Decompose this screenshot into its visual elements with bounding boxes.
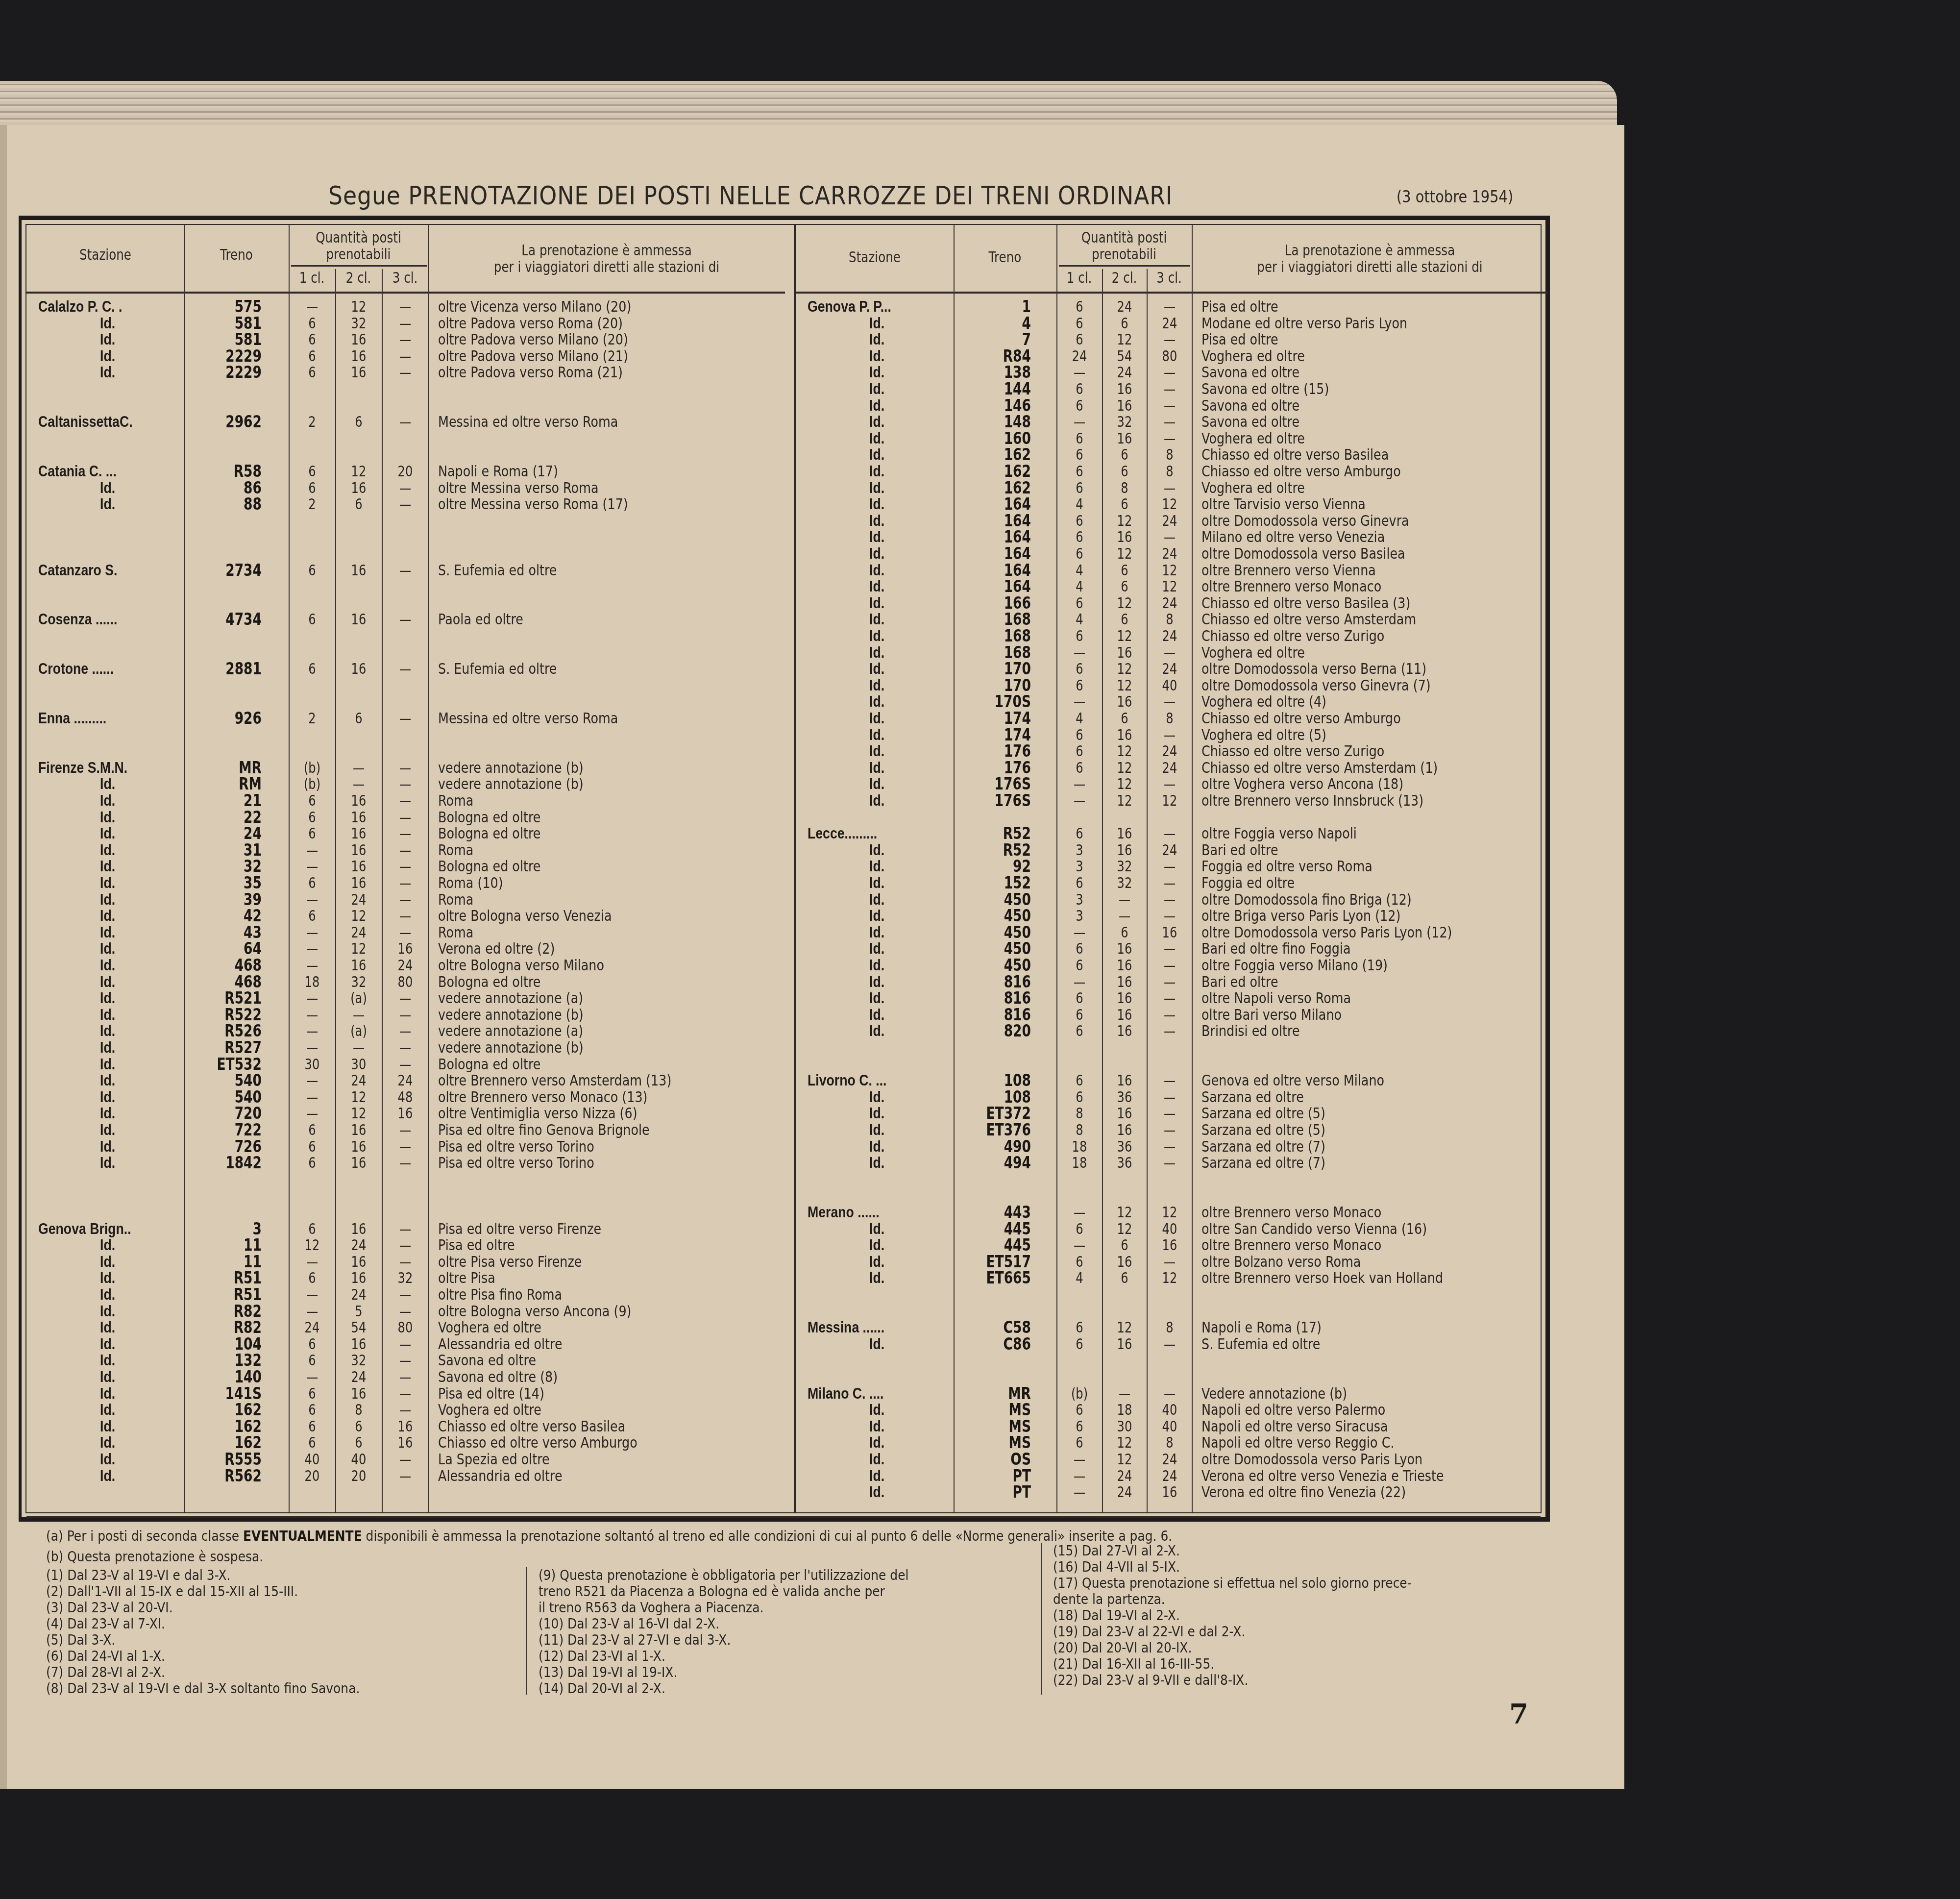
seats-third-class: — bbox=[388, 480, 422, 496]
destination: Voghera ed oltre bbox=[1201, 480, 1305, 496]
seats-second-class: 16 bbox=[1107, 529, 1142, 545]
train-number: 164 bbox=[962, 496, 1031, 513]
header-destinazione: La prenotazione è ammessa bbox=[461, 243, 753, 259]
destination: vedere annotazione (a) bbox=[438, 1023, 583, 1039]
table-row: Id.174468Chiasso ed oltre verso Amburgo bbox=[796, 710, 1548, 727]
table-row: Id.581616—oltre Padova verso Milano (20) bbox=[26, 331, 785, 348]
seats-third-class: — bbox=[388, 364, 422, 381]
destination: oltre Ventimiglia verso Nizza (6) bbox=[438, 1105, 637, 1122]
table-row: Milano C. ....MR(b)——Vedere annotazione … bbox=[796, 1385, 1548, 1402]
train-number: R555 bbox=[193, 1451, 262, 1468]
seats-first-class: 6 bbox=[295, 331, 329, 348]
table-row: Id.16461224oltre Domodossola verso Ginev… bbox=[796, 513, 1548, 529]
train-number: MS bbox=[962, 1434, 1031, 1451]
seats-first-class: — bbox=[295, 940, 329, 957]
seats-second-class: 16 bbox=[1107, 1023, 1142, 1039]
header-destinazione-sub: per i viaggiatori diretti alle stazioni … bbox=[461, 259, 753, 276]
seats-second-class: 6 bbox=[1107, 562, 1142, 579]
table-row: Id.140—24—Savona ed oltre (8) bbox=[26, 1369, 785, 1385]
seats-first-class: 3 bbox=[1062, 908, 1097, 924]
destination: Foggia ed oltre bbox=[1201, 875, 1295, 891]
destination: Bari ed oltre bbox=[1201, 974, 1278, 990]
seats-second-class: 16 bbox=[342, 480, 376, 496]
train-number: 581 bbox=[193, 315, 262, 332]
train-number: 2229 bbox=[193, 364, 262, 381]
destination: oltre Domodossola verso Ginevra bbox=[1201, 513, 1409, 529]
seats-first-class: 6 bbox=[295, 1270, 329, 1286]
seats-third-class: 32 bbox=[388, 1270, 422, 1286]
seats-third-class: — bbox=[1152, 298, 1187, 315]
destination: oltre Brennero verso Innsbruck (13) bbox=[1201, 792, 1423, 809]
edition-date: (3 ottobre 1954) bbox=[1396, 187, 1513, 207]
seats-third-class: — bbox=[388, 315, 422, 332]
train-number: 164 bbox=[962, 513, 1031, 529]
destination: oltre Pisa bbox=[438, 1270, 495, 1286]
station-name: Catania C. ... bbox=[38, 463, 165, 480]
table-row: Id.ET376816—Sarzana ed oltre (5) bbox=[796, 1122, 1548, 1138]
seats-first-class: 4 bbox=[1062, 710, 1097, 727]
header-destinazione-sub: per i viaggiatori diretti alle stazioni … bbox=[1224, 259, 1516, 276]
table-row: CaltanissettaC.296226—Messina ed oltre v… bbox=[26, 414, 785, 430]
train-number: 43 bbox=[193, 924, 262, 941]
destination: oltre Bologna verso Ancona (9) bbox=[438, 1303, 632, 1320]
seats-third-class: 80 bbox=[388, 1319, 422, 1336]
table-row: Id.31—16—Roma bbox=[26, 842, 785, 859]
seats-first-class: 6 bbox=[295, 463, 329, 480]
train-number: 170 bbox=[962, 677, 1031, 694]
train-number: 450 bbox=[962, 924, 1031, 941]
train-number: 164 bbox=[962, 545, 1031, 562]
seats-second-class: 32 bbox=[1107, 875, 1142, 891]
seats-third-class: 40 bbox=[1152, 677, 1187, 694]
seats-second-class: 12 bbox=[1107, 792, 1142, 809]
destination: Bologna ed oltre bbox=[438, 809, 540, 826]
destination: oltre Domodossola fino Briga (12) bbox=[1201, 891, 1412, 908]
table-row: Id.144616—Savona ed oltre (15) bbox=[796, 381, 1548, 397]
seats-second-class: 16 bbox=[1107, 940, 1142, 957]
seats-second-class: 16 bbox=[1107, 644, 1142, 661]
train-number: 2881 bbox=[193, 661, 262, 677]
seats-first-class: 6 bbox=[1062, 595, 1097, 612]
seats-first-class: 6 bbox=[295, 792, 329, 809]
seats-first-class: 6 bbox=[295, 611, 329, 628]
destination: oltre Domodossola verso Basilea bbox=[1201, 545, 1405, 562]
table-row: Id.722616—Pisa ed oltre fino Genova Brig… bbox=[26, 1122, 785, 1138]
destination: Chiasso ed oltre verso Basilea (3) bbox=[1201, 595, 1410, 612]
table-row: Id.168—16—Voghera ed oltre bbox=[796, 644, 1548, 661]
train-number: 88 bbox=[193, 496, 262, 513]
seats-third-class: 40 bbox=[1152, 1418, 1187, 1435]
table-row: Id.R526—(a)—vedere annotazione (a) bbox=[26, 1023, 785, 1039]
train-number: 32 bbox=[193, 858, 262, 875]
seats-first-class: — bbox=[295, 1007, 329, 1023]
table-row: Id.R84245480Voghera ed oltre bbox=[796, 348, 1548, 365]
footnote-b: (b) Questa prenotazione è sospesa. bbox=[46, 1549, 263, 1564]
table-row: Id.PT—2424Verona ed oltre verso Venezia … bbox=[796, 1468, 1548, 1484]
footnote: (11) Dal 23-V al 27-VI e dal 3-X. bbox=[539, 1632, 731, 1648]
destination: Sarzana ed oltre (7) bbox=[1201, 1155, 1325, 1171]
header-treno: Treno bbox=[194, 247, 279, 264]
destination: Pisa ed oltre bbox=[1201, 298, 1278, 315]
train-number: MS bbox=[962, 1418, 1031, 1435]
train-number: 35 bbox=[193, 875, 262, 891]
footnote: (14) Dal 20-VI al 2-X. bbox=[539, 1680, 665, 1696]
table-row: Id.ET5323030—Bologna ed oltre bbox=[26, 1056, 785, 1073]
seats-second-class: 16 bbox=[342, 957, 376, 974]
seats-third-class: — bbox=[1152, 414, 1187, 430]
seats-third-class: — bbox=[1152, 940, 1187, 957]
train-number: 21 bbox=[193, 792, 262, 809]
destination: oltre Bari verso Milano bbox=[1201, 1007, 1342, 1023]
destination: oltre Padova verso Milano (20) bbox=[438, 331, 628, 348]
destination: Verona ed oltre (2) bbox=[438, 940, 555, 957]
seats-second-class: 16 bbox=[342, 611, 376, 628]
train-number: 168 bbox=[962, 611, 1031, 628]
footnote-a: (a) Per i posti di seconda classe EVENTU… bbox=[46, 1528, 1172, 1544]
seats-first-class: 6 bbox=[295, 661, 329, 677]
destination: oltre Pisa fino Roma bbox=[438, 1286, 562, 1303]
footnote: (9) Questa prenotazione è obbligatoria p… bbox=[539, 1567, 908, 1583]
train-number: 494 bbox=[962, 1155, 1031, 1171]
seats-first-class: 4 bbox=[1062, 578, 1097, 595]
table-row: Id.4941836—Sarzana ed oltre (7) bbox=[796, 1155, 1548, 1171]
seats-third-class: — bbox=[1152, 1089, 1187, 1106]
destination: oltre Padova verso Roma (21) bbox=[438, 364, 623, 381]
seats-third-class: — bbox=[388, 858, 422, 875]
seats-second-class: 24 bbox=[342, 1237, 376, 1254]
table-row: Lecce.........R52616—oltre Foggia verso … bbox=[796, 825, 1548, 842]
seats-second-class: 24 bbox=[342, 1072, 376, 1089]
destination: Roma bbox=[438, 842, 473, 859]
seats-third-class: — bbox=[388, 1122, 422, 1138]
train-number: 148 bbox=[962, 414, 1031, 430]
seats-first-class: 6 bbox=[1062, 381, 1097, 397]
train-number: 166 bbox=[962, 595, 1031, 612]
table-row: Id.MS63040Napoli ed oltre verso Siracusa bbox=[796, 1418, 1548, 1435]
table-row: Id.164616—Milano ed oltre verso Venezia bbox=[796, 529, 1548, 545]
destination: oltre Vicenza verso Milano (20) bbox=[438, 298, 631, 315]
seats-first-class: 6 bbox=[1062, 760, 1097, 776]
seats-third-class: — bbox=[388, 1303, 422, 1320]
seats-first-class: 6 bbox=[1062, 446, 1097, 463]
seats-third-class: — bbox=[1152, 825, 1187, 842]
table-row: Id.176S—1212oltre Brennero verso Innsbru… bbox=[796, 792, 1548, 809]
seats-first-class: 6 bbox=[1062, 990, 1097, 1007]
seats-second-class: 36 bbox=[1107, 1089, 1142, 1106]
table-row: Id.92332—Foggia ed oltre verso Roma bbox=[796, 858, 1548, 875]
seats-third-class: — bbox=[388, 414, 422, 430]
seats-first-class: 8 bbox=[1062, 1122, 1097, 1138]
destination: Pisa ed oltre bbox=[1201, 331, 1278, 348]
class-subheader-rule bbox=[1059, 265, 1190, 267]
train-number: 31 bbox=[193, 842, 262, 859]
destination: Messina ed oltre verso Roma bbox=[438, 414, 618, 430]
seats-second-class: 12 bbox=[1107, 331, 1142, 348]
table-row: Id.ET517616—oltre Bolzano verso Roma bbox=[796, 1254, 1548, 1270]
train-number: 726 bbox=[193, 1138, 262, 1155]
seats-third-class: 8 bbox=[1152, 463, 1187, 480]
header-quantita: Quantità posti bbox=[301, 230, 416, 247]
table-row: Id.16861224Chiasso ed oltre verso Zurigo bbox=[796, 628, 1548, 644]
seats-first-class: 6 bbox=[295, 809, 329, 826]
table-row: Livorno C. ...108616—Genova ed oltre ver… bbox=[796, 1072, 1548, 1089]
table-row: Id.C86616—S. Eufemia ed oltre bbox=[796, 1336, 1548, 1353]
seats-second-class: 24 bbox=[342, 1286, 376, 1303]
seats-first-class: (b) bbox=[295, 776, 329, 792]
train-number: RM bbox=[193, 776, 262, 792]
table-row: Id.MS6128Napoli ed oltre verso Reggio C. bbox=[796, 1434, 1548, 1451]
destination: Milano ed oltre verso Venezia bbox=[1201, 529, 1385, 545]
train-number: C58 bbox=[962, 1319, 1031, 1336]
train-number: 146 bbox=[962, 397, 1031, 414]
train-number: 450 bbox=[962, 908, 1031, 924]
seats-first-class: 4 bbox=[1062, 1270, 1097, 1286]
seats-third-class: — bbox=[1152, 1254, 1187, 1270]
seats-third-class: 16 bbox=[388, 940, 422, 957]
seats-first-class: — bbox=[295, 924, 329, 941]
seats-third-class: 24 bbox=[388, 1072, 422, 1089]
train-number: 816 bbox=[962, 990, 1031, 1007]
train-number: R82 bbox=[193, 1303, 262, 1320]
seats-second-class: 12 bbox=[1107, 1319, 1142, 1336]
seats-first-class: — bbox=[295, 1105, 329, 1122]
destination: Napoli ed oltre verso Palermo bbox=[1201, 1402, 1385, 1418]
table-row: Id.R5231624Bari ed oltre bbox=[796, 842, 1548, 859]
seats-second-class: 16 bbox=[342, 1138, 376, 1155]
seats-second-class: 16 bbox=[342, 661, 376, 677]
footnotes: (a) Per i posti di seconda classe EVENTU… bbox=[26, 1516, 1541, 1776]
destination: Chiasso ed oltre verso Basilea bbox=[438, 1418, 625, 1435]
destination: Bologna ed oltre bbox=[438, 974, 540, 990]
station-name: Genova P. P... bbox=[808, 298, 934, 315]
seats-first-class: — bbox=[295, 1039, 329, 1056]
seats-first-class: 6 bbox=[295, 562, 329, 579]
seats-third-class: — bbox=[388, 760, 422, 776]
table-row: Id.17661224Chiasso ed oltre verso Zurigo bbox=[796, 743, 1548, 760]
table-row: Cosenza ......4734616—Paola ed oltre bbox=[26, 611, 785, 628]
seats-first-class: 6 bbox=[1062, 1402, 1097, 1418]
header-cl1: 1 cl. bbox=[1060, 270, 1098, 287]
table-row: Id.17661224Chiasso ed oltre verso Amster… bbox=[796, 760, 1548, 776]
destination: Vedere annotazione (b) bbox=[1201, 1385, 1347, 1402]
seats-third-class: — bbox=[388, 348, 422, 365]
seats-third-class: — bbox=[388, 1352, 422, 1369]
table-row: Id.R521—(a)—vedere annotazione (a) bbox=[26, 990, 785, 1007]
seats-first-class: 6 bbox=[1062, 315, 1097, 332]
destination: Napoli e Roma (17) bbox=[438, 463, 558, 480]
train-number: 816 bbox=[962, 974, 1031, 990]
seats-second-class: 54 bbox=[342, 1319, 376, 1336]
train-number: 1842 bbox=[193, 1155, 262, 1171]
seats-first-class: (b) bbox=[1062, 1385, 1097, 1402]
seats-third-class: 24 bbox=[1152, 628, 1187, 644]
seats-first-class: 2 bbox=[295, 414, 329, 430]
seats-second-class: 16 bbox=[342, 1254, 376, 1270]
destination: Pisa ed oltre fino Genova Brignole bbox=[438, 1122, 650, 1138]
table-row: Id.1644612oltre Brennero verso Monaco bbox=[796, 578, 1548, 595]
seats-third-class: — bbox=[388, 661, 422, 677]
table-row: Merano ......443—1212oltre Brennero vers… bbox=[796, 1204, 1548, 1221]
destination: Roma bbox=[438, 792, 473, 809]
seats-second-class: 6 bbox=[1107, 1270, 1142, 1286]
seats-third-class: 16 bbox=[1152, 1237, 1187, 1254]
seats-first-class: 6 bbox=[1062, 463, 1097, 480]
seats-first-class: 6 bbox=[1062, 1007, 1097, 1023]
seats-second-class: 16 bbox=[1107, 693, 1142, 710]
seats-second-class: 32 bbox=[342, 315, 376, 332]
train-number: 4734 bbox=[193, 611, 262, 628]
seats-second-class: 12 bbox=[342, 908, 376, 924]
seats-first-class: 6 bbox=[1062, 1319, 1097, 1336]
destination: Alessandria ed oltre bbox=[438, 1468, 563, 1484]
seats-second-class: 6 bbox=[1107, 496, 1142, 513]
train-number: 138 bbox=[962, 364, 1031, 381]
page-number: 7 bbox=[1509, 1698, 1528, 1730]
destination: Modane ed oltre verso Paris Lyon bbox=[1201, 315, 1407, 332]
seats-first-class: 3 bbox=[1062, 858, 1097, 875]
train-number: 7 bbox=[962, 331, 1031, 348]
train-number: 170 bbox=[962, 661, 1031, 677]
table-row: Enna .........92626—Messina ed oltre ver… bbox=[26, 710, 785, 727]
seats-first-class: 6 bbox=[295, 1138, 329, 1155]
table-row: Id.PT—2416Verona ed oltre fino Venezia (… bbox=[796, 1484, 1548, 1501]
destination: Roma bbox=[438, 891, 473, 908]
destination: Napoli ed oltre verso Siracusa bbox=[1201, 1418, 1388, 1435]
header-cl1: 1 cl. bbox=[293, 270, 331, 287]
seats-second-class: 6 bbox=[342, 496, 376, 513]
train-number: 162 bbox=[193, 1434, 262, 1451]
station-name: Milano C. .... bbox=[808, 1385, 934, 1402]
table-row: Id.42612—oltre Bologna verso Venezia bbox=[26, 908, 785, 924]
table-row: Id.35616—Roma (10) bbox=[26, 875, 785, 891]
seats-third-class: — bbox=[388, 562, 422, 579]
table-row: Id.1842616—Pisa ed oltre verso Torino bbox=[26, 1155, 785, 1171]
destination: oltre San Candido verso Vienna (16) bbox=[1201, 1221, 1427, 1237]
seats-first-class: 40 bbox=[295, 1451, 329, 1468]
seats-third-class: 12 bbox=[1152, 1204, 1187, 1221]
train-number: MR bbox=[193, 760, 262, 776]
table-row: Id.720—1216oltre Ventimiglia verso Nizza… bbox=[26, 1105, 785, 1122]
train-number: R526 bbox=[193, 1023, 262, 1039]
seats-first-class: — bbox=[1062, 414, 1097, 430]
seats-second-class: 16 bbox=[1107, 1336, 1142, 1353]
train-number: C86 bbox=[962, 1336, 1031, 1353]
train-number: 141S bbox=[193, 1385, 262, 1402]
seats-third-class: — bbox=[388, 908, 422, 924]
table-row: Genova P. P...1624—Pisa ed oltre bbox=[796, 298, 1548, 315]
seats-third-class: — bbox=[388, 1007, 422, 1023]
train-number: 176S bbox=[962, 776, 1031, 792]
table-row: Genova Brign..3616—Pisa ed oltre verso F… bbox=[26, 1221, 785, 1237]
station-name: Firenze S.M.N. bbox=[38, 760, 165, 776]
seats-first-class: 6 bbox=[295, 1221, 329, 1237]
seats-third-class: 12 bbox=[1152, 562, 1187, 579]
train-number: 2962 bbox=[193, 414, 262, 430]
seats-first-class: 6 bbox=[295, 908, 329, 924]
seats-third-class: — bbox=[388, 1451, 422, 1468]
destination: Pisa ed oltre verso Torino bbox=[438, 1138, 594, 1155]
seats-first-class: — bbox=[295, 990, 329, 1007]
seats-third-class: — bbox=[388, 792, 422, 809]
footnote: (19) Dal 23-V al 22-VI e dal 2-X. bbox=[1053, 1624, 1245, 1639]
seats-third-class: — bbox=[1152, 858, 1187, 875]
seats-second-class: 40 bbox=[342, 1451, 376, 1468]
destination: oltre Briga verso Paris Lyon (12) bbox=[1201, 908, 1400, 924]
train-number: 39 bbox=[193, 891, 262, 908]
table-row: Id.R82—5—oltre Bologna verso Ancona (9) bbox=[26, 1303, 785, 1320]
seats-first-class: — bbox=[295, 1303, 329, 1320]
seats-second-class: (a) bbox=[342, 1023, 376, 1039]
destination: vedere annotazione (b) bbox=[438, 1039, 584, 1056]
seats-third-class: — bbox=[1152, 990, 1187, 1007]
seats-third-class: — bbox=[388, 924, 422, 941]
table-row: Crotone ......2881616—S. Eufemia ed oltr… bbox=[26, 661, 785, 677]
seats-third-class: — bbox=[388, 710, 422, 727]
seats-second-class: 16 bbox=[1107, 825, 1142, 842]
seats-second-class: 6 bbox=[342, 1434, 376, 1451]
seats-third-class: 24 bbox=[1152, 513, 1187, 529]
destination: Bari ed oltre fino Foggia bbox=[1201, 940, 1351, 957]
footnote: (2) Dall'1-VII al 15-IX e dal 15-XII al … bbox=[46, 1583, 298, 1599]
seats-second-class: 30 bbox=[342, 1056, 376, 1073]
seats-first-class: — bbox=[1062, 1468, 1097, 1484]
seats-first-class: — bbox=[295, 1254, 329, 1270]
seats-second-class: — bbox=[1107, 891, 1142, 908]
seats-second-class: 12 bbox=[1107, 661, 1142, 677]
table-row: Id.R82245480Voghera ed oltre bbox=[26, 1319, 785, 1336]
seats-first-class: 6 bbox=[1062, 1254, 1097, 1270]
destination: Paola ed oltre bbox=[438, 611, 523, 628]
seats-first-class: 6 bbox=[1062, 677, 1097, 694]
seats-third-class: 16 bbox=[388, 1418, 422, 1435]
train-number: 176 bbox=[962, 743, 1031, 760]
seats-second-class: 30 bbox=[1107, 1418, 1142, 1435]
destination: oltre Domodossola verso Ginevra (7) bbox=[1201, 677, 1431, 694]
seats-third-class: 24 bbox=[1152, 842, 1187, 859]
train-number: ET376 bbox=[962, 1122, 1031, 1138]
seats-second-class: 32 bbox=[342, 1352, 376, 1369]
seats-second-class: 6 bbox=[1107, 1237, 1142, 1254]
table-row: Id.2229616—oltre Padova verso Milano (21… bbox=[26, 348, 785, 365]
seats-third-class: 40 bbox=[1152, 1402, 1187, 1418]
seats-third-class: — bbox=[388, 611, 422, 628]
seats-second-class: 6 bbox=[1107, 315, 1142, 332]
seats-first-class: — bbox=[295, 1023, 329, 1039]
seats-second-class: 16 bbox=[1107, 1254, 1142, 1270]
destination: Bologna ed oltre bbox=[438, 858, 540, 875]
seats-first-class: 6 bbox=[295, 1418, 329, 1435]
seats-second-class: 6 bbox=[342, 1418, 376, 1435]
seats-second-class: 5 bbox=[342, 1303, 376, 1320]
train-number: 820 bbox=[962, 1023, 1031, 1039]
station-name: Messina ...... bbox=[808, 1319, 934, 1336]
seats-second-class: — bbox=[342, 776, 376, 792]
train-number: 2229 bbox=[193, 348, 262, 365]
seats-third-class: — bbox=[1152, 381, 1187, 397]
station-name: Cosenza ...... bbox=[38, 611, 165, 628]
seats-third-class: 24 bbox=[1152, 760, 1187, 776]
seats-first-class: 6 bbox=[295, 1122, 329, 1138]
page-stack-edge bbox=[0, 81, 1617, 125]
seats-first-class: — bbox=[295, 957, 329, 974]
destination: oltre Brennero verso Amsterdam (13) bbox=[438, 1072, 671, 1089]
train-number: 168 bbox=[962, 628, 1031, 644]
seats-second-class: 32 bbox=[1107, 414, 1142, 430]
seats-third-class: — bbox=[388, 809, 422, 826]
seats-second-class: 32 bbox=[1107, 858, 1142, 875]
footnote: (5) Dal 3-X. bbox=[46, 1632, 115, 1648]
train-number: 490 bbox=[962, 1138, 1031, 1155]
